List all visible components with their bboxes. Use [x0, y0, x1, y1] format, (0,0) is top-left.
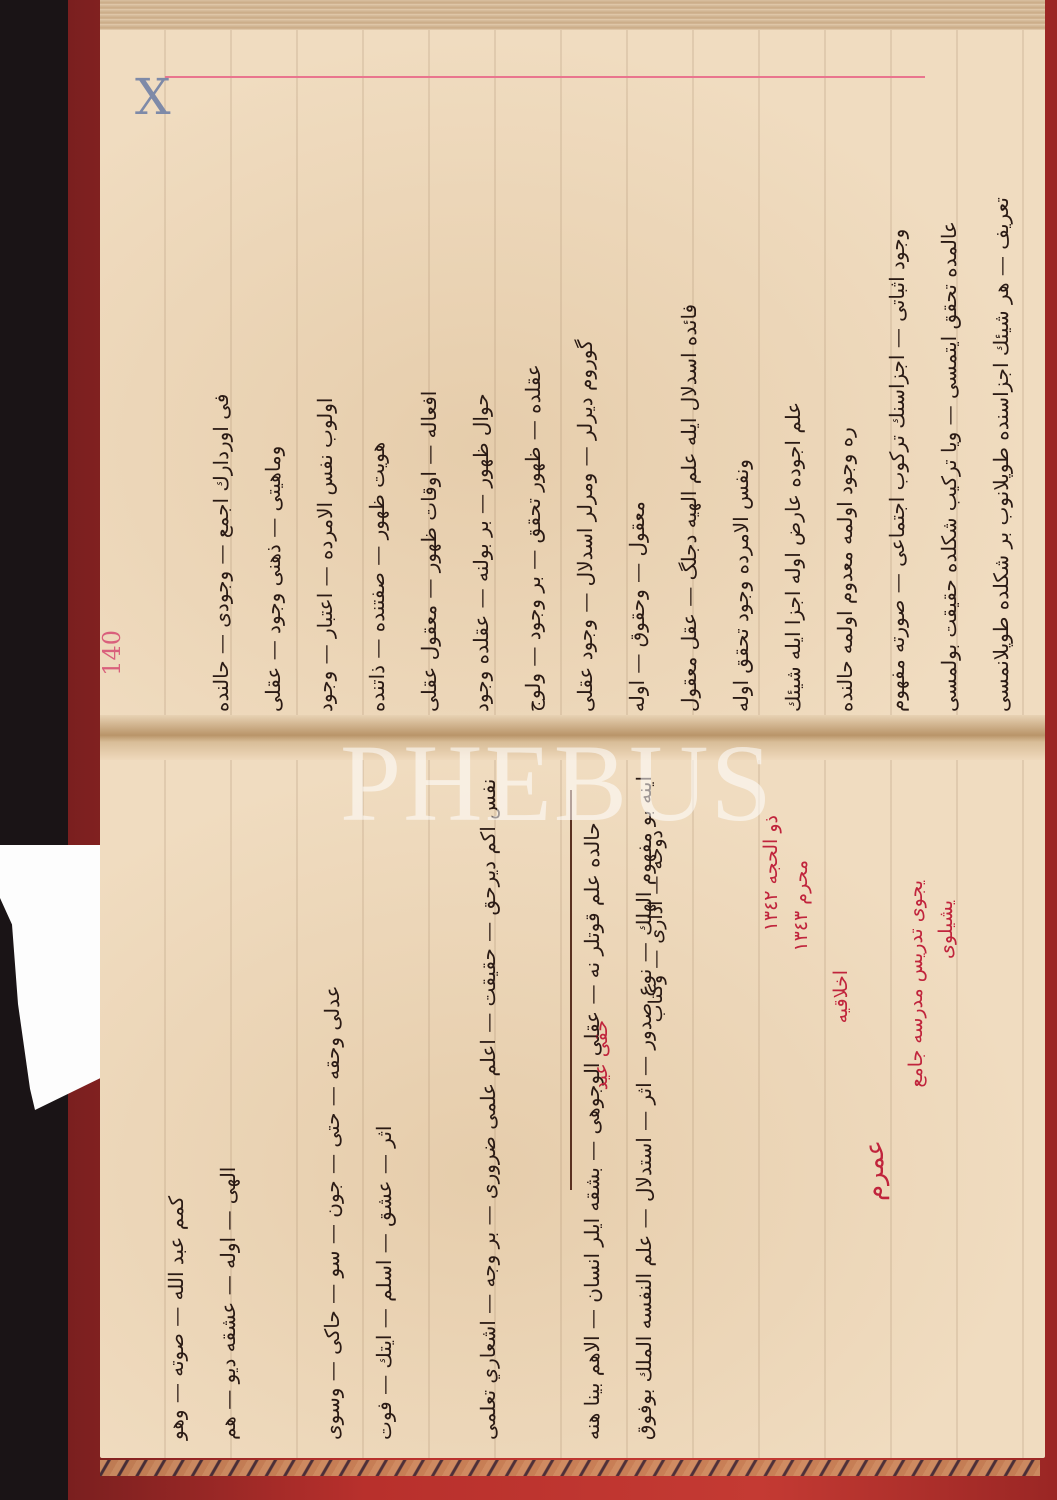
manuscript-line: اولوب نفس الامرده — اعتبار — وجود	[299, 82, 351, 712]
manuscript-line: وجود اثباتى — اجزاسنك تركوب اجتماعى — صو…	[871, 82, 923, 712]
manuscript-line	[410, 760, 462, 1440]
manuscript-line: حالده علم قوتلر نه — عقلى الوجوهى — بشقه…	[566, 760, 618, 1440]
red-annotation: يشيلوى	[935, 900, 957, 959]
red-annotation: حقى عيد	[590, 1020, 612, 1090]
white-paper-tab	[0, 845, 100, 1110]
pencil-x-mark: X	[135, 75, 195, 120]
manuscript-line: عدلى وحقه — حتى — جون — سو — حاكى — وسوى	[306, 760, 358, 1440]
manuscript-line: الهى — اوله — عشقه ديو — هم	[202, 760, 254, 1440]
page-number: 140	[98, 630, 126, 676]
manuscript-line: حوال ظهور — بر بولنه — عقلده وجود	[455, 82, 507, 712]
ink-end-rule	[570, 790, 572, 1190]
phebus-watermark: PHEBUS	[340, 720, 774, 847]
manuscript-line: علم اجوده عارض اوله اجزا ايله شيئك	[767, 82, 819, 712]
manuscript-line: تعريف — هر شيئك اجزاسنده طوپلانوب بر شكل…	[975, 82, 1027, 712]
red-annotation: اخلاقيه	[830, 970, 852, 1023]
manuscript-line: فائده اسدلال ايله علم الهيه دجلگ — عقل م…	[663, 82, 715, 712]
manuscript-line: وماهيتى — ذهنى وجود — عقلى	[247, 82, 299, 712]
manuscript-line: گوروم ديرلر — ومرلر اسدلال — وجود عقلى	[559, 82, 611, 712]
pink-margin-rule	[165, 76, 925, 78]
red-annotation: يجوى تدريس مدرسه جامع	[905, 880, 927, 1088]
manuscript-line: افعاله — اوقات ظهور — معقول عقلى	[403, 82, 455, 712]
manuscript-line: كمم عبد الله — صوته — وهو	[150, 760, 202, 1440]
upper-page-text: تعريف — هر شيئك اجزاسنده طوپلانوب بر شكل…	[195, 82, 1027, 722]
manuscript-line: هويت ظهور — صفتنده — ذاتنده	[351, 82, 403, 712]
manuscript-line: اثر — عشق — اسلم — ايتك — فوت	[358, 760, 410, 1440]
red-signature: عمرم	[860, 1140, 890, 1201]
manuscript-line: ره وجود اولمه معدوم اولمه حالنده	[819, 82, 871, 712]
lower-page-text: اينه بو مفهوم الهلك — نوع صدور — اثر — ا…	[150, 760, 670, 1450]
manuscript-line	[254, 760, 306, 1440]
manuscript-line: نفس اكم ديرحق — حقيقت — اعلم علمى ضرورى …	[462, 760, 514, 1440]
manuscript-line	[514, 760, 566, 1440]
manuscript-line: ونفس الامرده وجود تحقق اوله	[715, 82, 767, 712]
page-block-edge	[100, 0, 1045, 34]
manuscript-line: فى اوردارك اجمع — وجودى — حالنده	[195, 82, 247, 712]
manuscript-line: عالمده تحقق ايتمسى — ويا تركيب شكلده حقي…	[923, 82, 975, 712]
pencil-annotation: دوحه — ادارى — وكتاب	[645, 830, 667, 1022]
marbled-endpaper	[100, 1460, 1040, 1476]
manuscript-line: معقول — وحقوق — اوله	[611, 82, 663, 712]
red-annotation: محرم ١٣٤٣	[790, 860, 812, 952]
manuscript-line: عقلده — ظهور تحقق — بر وجود — ولوج	[507, 82, 559, 712]
